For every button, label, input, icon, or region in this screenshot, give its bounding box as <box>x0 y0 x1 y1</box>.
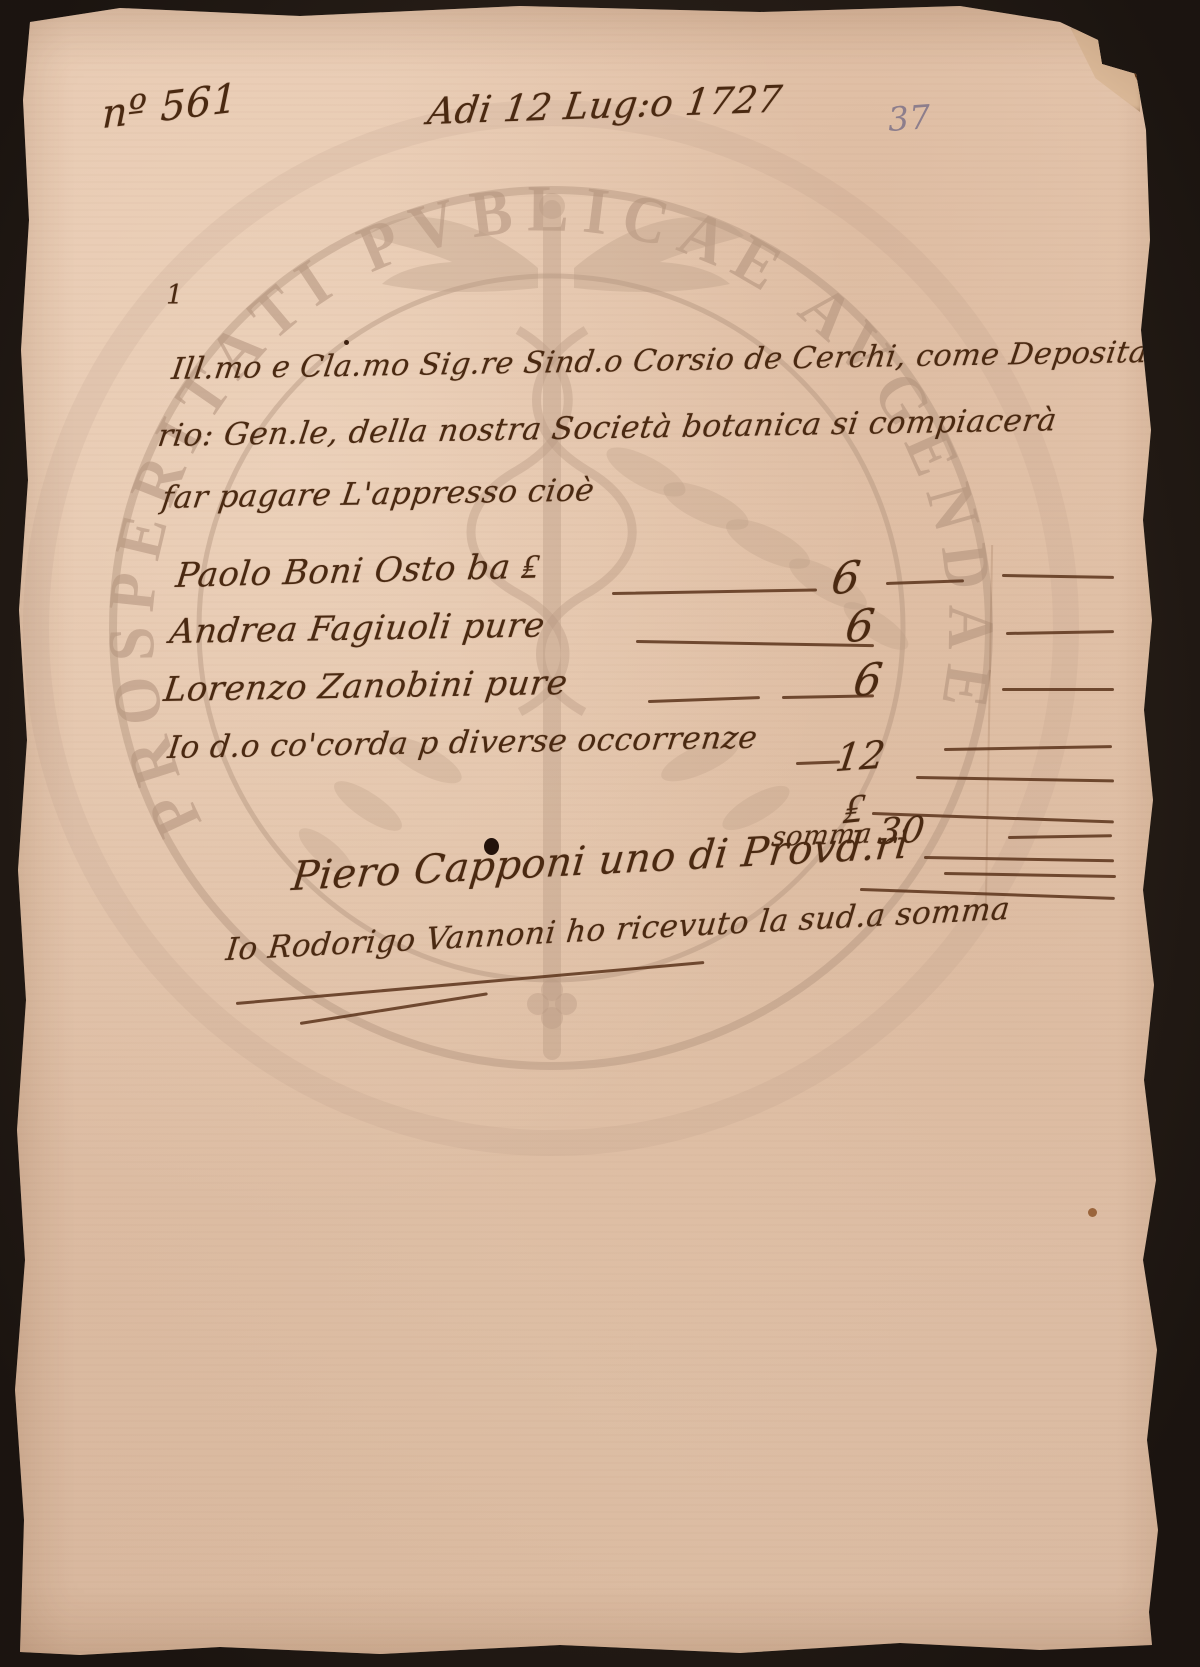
folio-number: 37 <box>887 97 933 139</box>
ink-speck <box>344 340 349 345</box>
ink-stain <box>1134 54 1162 86</box>
manuscript-paper: PROSPERITATI PVBLICAE AVGENDAE <box>0 0 1200 1667</box>
rust-spot <box>1088 1208 1097 1217</box>
body-line: far pagare L'appresso cioè <box>159 472 596 516</box>
entry-name: Lorenzo Zanobini pure <box>162 663 570 710</box>
entry-name: Andrea Fagiuoli pure <box>168 605 548 652</box>
ink-stain <box>1146 118 1156 130</box>
margin-mark: 1 <box>166 280 184 311</box>
winged-caduceus-seal-watermark: PROSPERITATI PVBLICAE AVGENDAE <box>0 0 1200 1667</box>
photo-background: PROSPERITATI PVBLICAE AVGENDAE <box>0 0 1200 1667</box>
entry-amount: 12 <box>833 732 888 780</box>
ink-rule <box>1002 688 1114 691</box>
ink-blot <box>484 838 499 855</box>
